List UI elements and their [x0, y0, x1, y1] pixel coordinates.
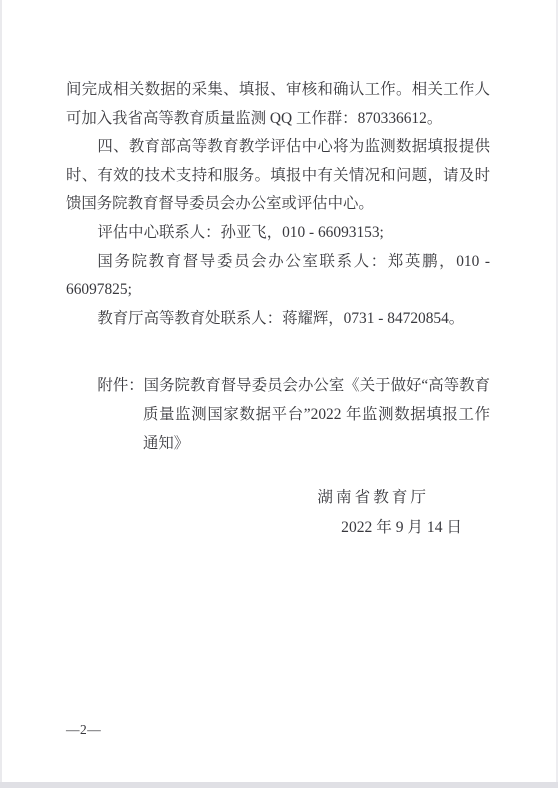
attachment-note: 附件：国务院教育督导委员会办公室《关于做好“高等教育 质量监测国家数据平台”20… — [66, 371, 490, 458]
attachment-line-3: 通知》 — [66, 429, 490, 458]
body-line-6: 评估中心联系人：孙亚飞，010 - 66093153; — [66, 219, 490, 248]
body-line-7: 国务院教育督导委员会办公室联系人：郑英鹏，010 - — [66, 248, 490, 277]
body-text-block: 间完成相关数据的采集、填报、审核和确认工作。相关工作人员 可加入我省高等教育质量… — [66, 76, 490, 333]
page-edge-left — [0, 0, 2, 788]
page-edge-bottom — [0, 782, 558, 788]
body-line-2: 可加入我省高等教育质量监测 QQ 工作群：870336612。 — [66, 105, 490, 134]
body-line-5: 馈国务院教育督导委员会办公室或评估中心。 — [66, 190, 490, 219]
body-line-9: 教育厅高等教育处联系人：蒋耀辉，0731 - 84720854。 — [66, 305, 490, 334]
body-line-8: 66097825; — [66, 276, 490, 305]
signature-date: 2022 年 9 月 14 日 — [341, 516, 462, 540]
page-number: —2— — [66, 721, 101, 739]
body-line-1: 间完成相关数据的采集、填报、审核和确认工作。相关工作人员 — [66, 76, 490, 105]
body-line-3: 四、教育部高等教育教学评估中心将为监测数据填报提供及 — [66, 133, 490, 162]
signature-organization: 湖南省教育厅 — [317, 486, 429, 510]
document-page: 间完成相关数据的采集、填报、审核和确认工作。相关工作人员 可加入我省高等教育质量… — [0, 0, 558, 788]
body-line-4: 时、有效的技术支持和服务。填报中有关情况和问题，请及时反 — [66, 162, 490, 191]
attachment-line-2: 质量监测国家数据平台”2022 年监测数据填报工作的 — [66, 400, 490, 429]
attachment-line-1: 附件：国务院教育督导委员会办公室《关于做好“高等教育 — [66, 371, 490, 400]
